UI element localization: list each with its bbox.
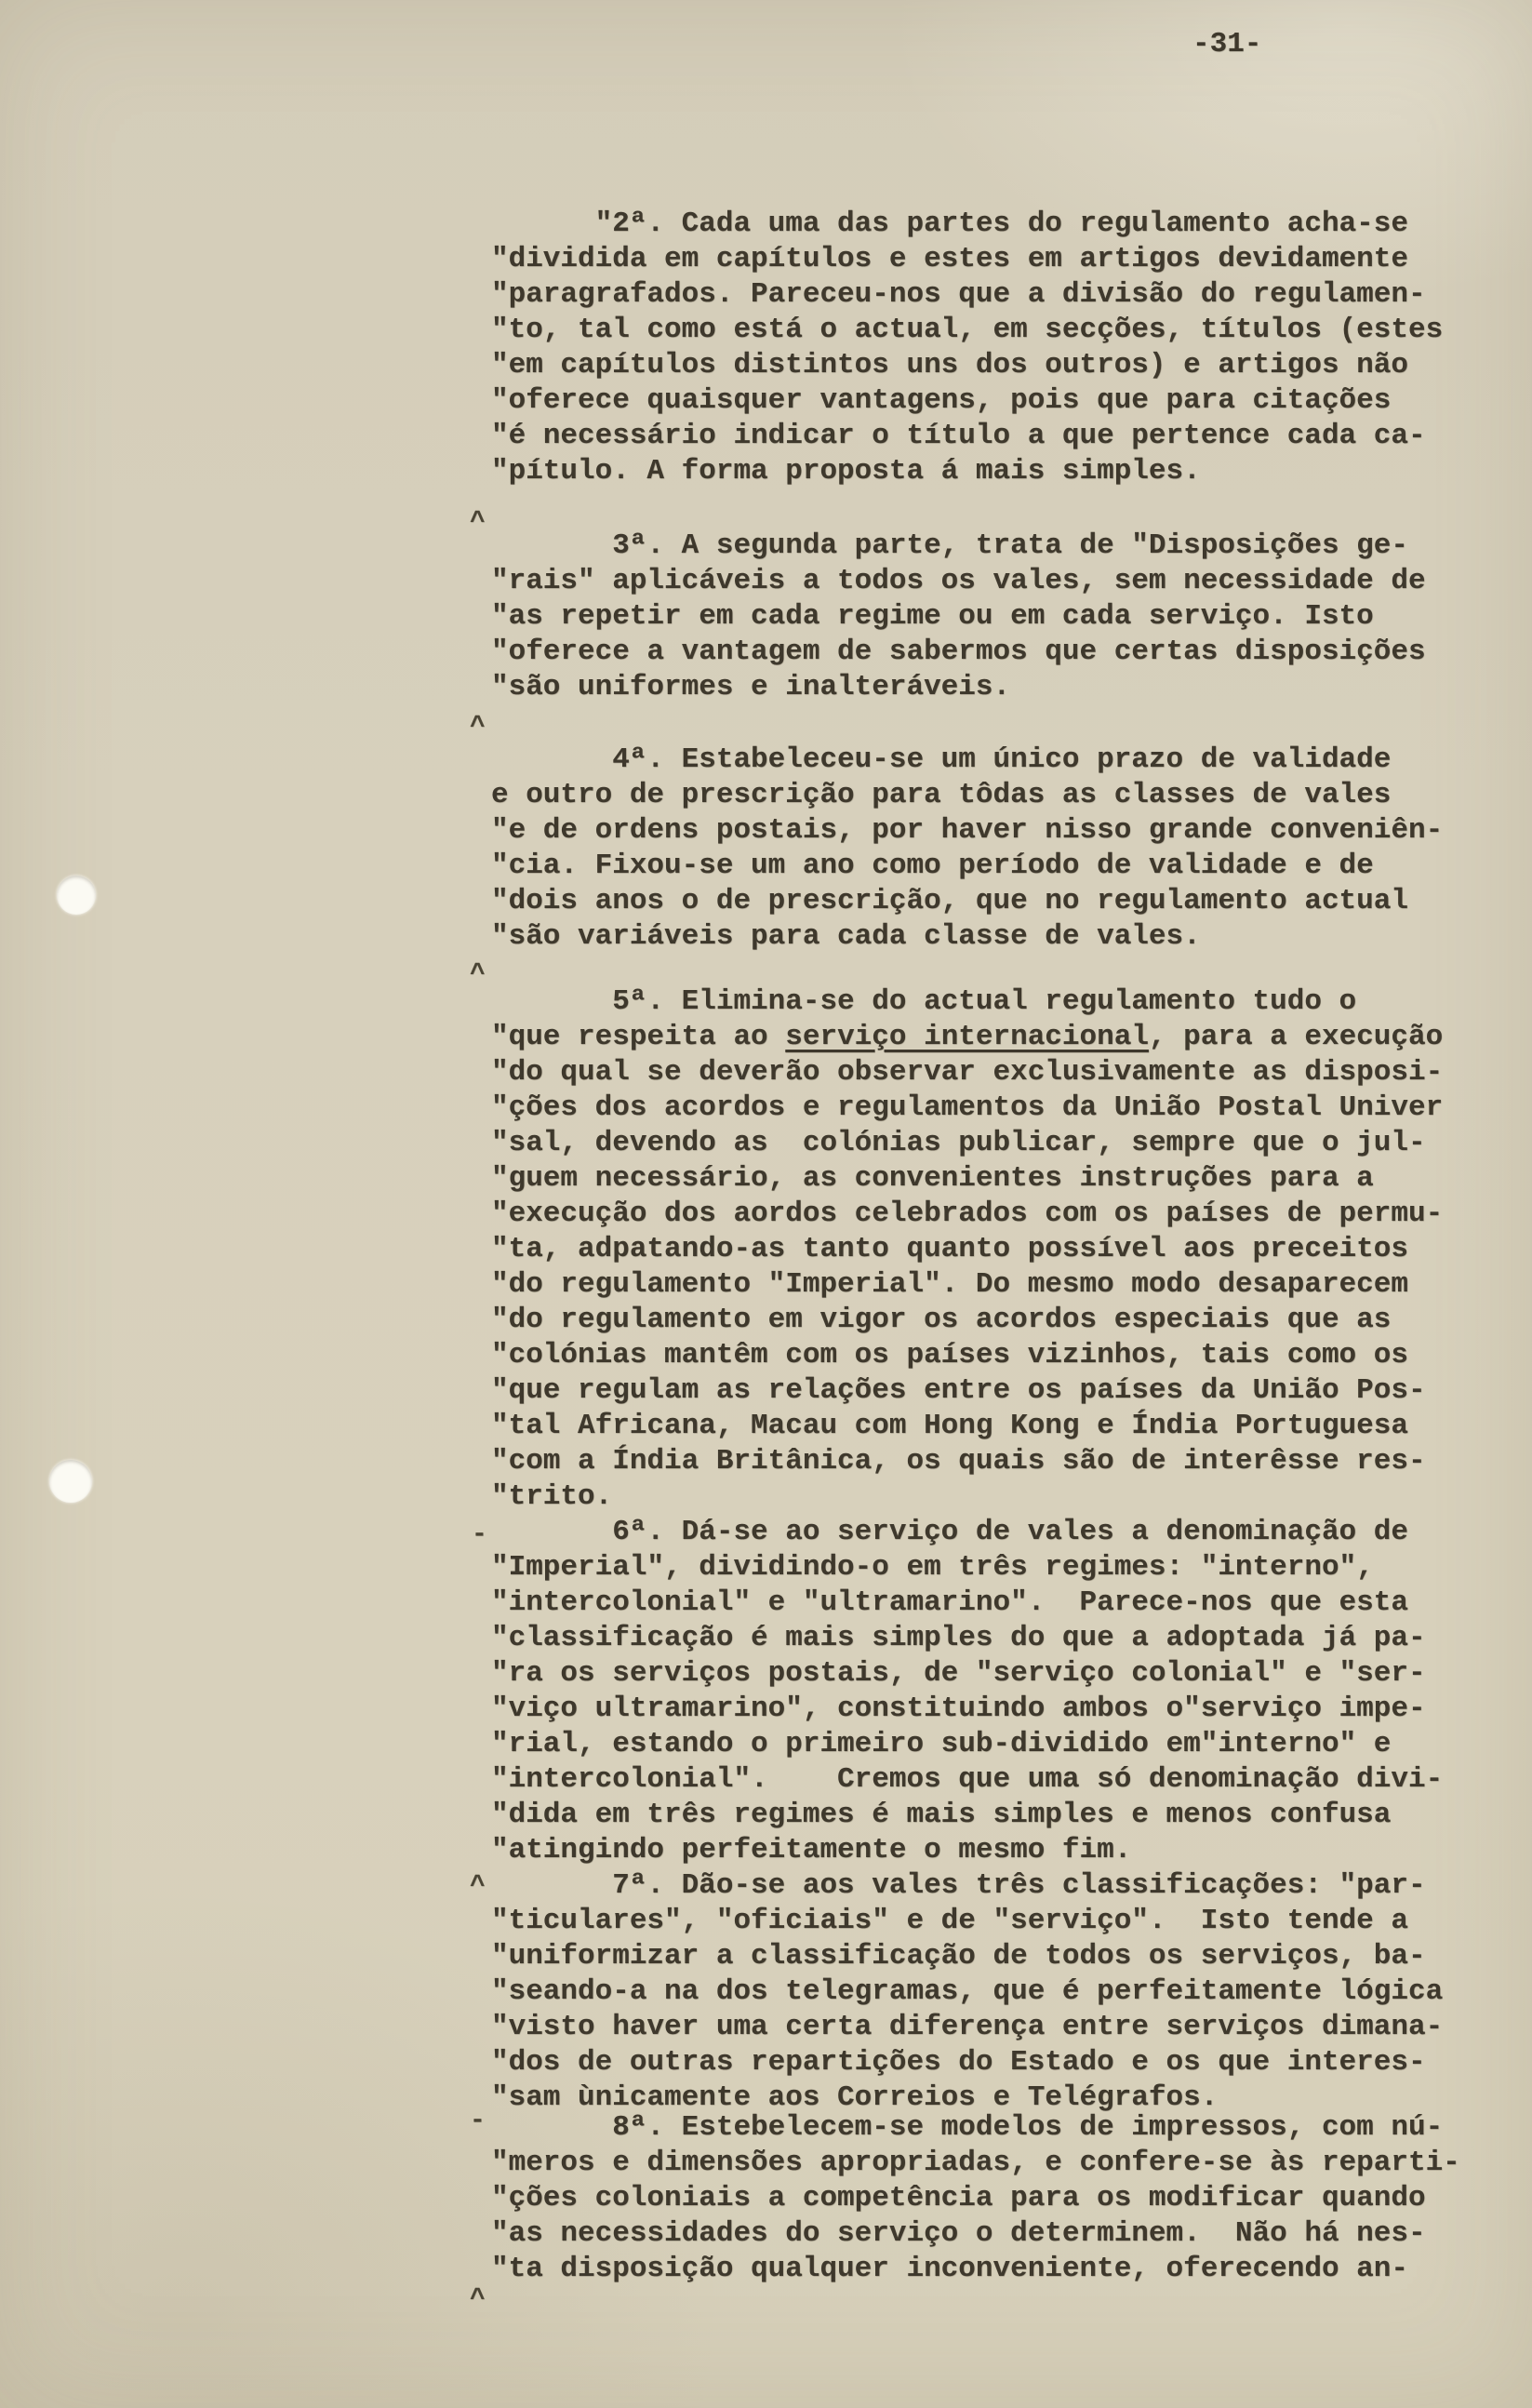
text-line: "dos de outras repartições do Estado e o… <box>491 2045 1443 2080</box>
margin-mark: ^ <box>470 960 486 989</box>
text-line: "classificação é mais simples do que a a… <box>491 1621 1443 1656</box>
text-line: "que respeita ao serviço internacional, … <box>491 1020 1443 1055</box>
text-line: "dida em três regimes é mais simples e m… <box>491 1798 1443 1833</box>
text-line: "rial, estando o primeiro sub-dividido e… <box>491 1727 1443 1762</box>
text-line: 4ª. Estabeleceu-se um único prazo de val… <box>491 742 1443 778</box>
text-line: "sal, devendo as colónias publicar, semp… <box>491 1126 1443 1161</box>
text-line: "ra os serviços postais, de "serviço col… <box>491 1656 1443 1692</box>
text-line: e outro de prescrição para tôdas as clas… <box>491 778 1443 813</box>
text-line: "tal Africana, Macau com Hong Kong e Índ… <box>491 1409 1443 1444</box>
document-page: -31- "2ª. Cada uma das partes do regulam… <box>0 0 1532 2408</box>
paragraph: 6ª. Dá-se ao serviço de vales a denomina… <box>491 1515 1443 1868</box>
text-line: "viço ultramarino", constituindo ambos o… <box>491 1692 1443 1727</box>
paragraph: 7ª. Dão-se aos vales três classificações… <box>491 1868 1443 2116</box>
text-line: "to, tal como está o actual, em secções,… <box>491 313 1443 348</box>
text-line: "cia. Fixou-se um ano como período de va… <box>491 849 1443 884</box>
text-line: "ções coloniais a competência para os mo… <box>491 2181 1460 2216</box>
text-line: "ta disposição qualquer inconveniente, o… <box>491 2252 1460 2287</box>
paragraph: "2ª. Cada uma das partes do regulamento … <box>491 207 1443 489</box>
margin-mark: - <box>472 1520 487 1549</box>
text-line: "guem necessário, as convenientes instru… <box>491 1161 1443 1197</box>
text-line: "atingindo perfeitamente o mesmo fim. <box>491 1833 1443 1868</box>
text-line: "rais" aplicáveis a todos os vales, sem … <box>491 564 1426 599</box>
text-line: "são uniformes e inalteráveis. <box>491 670 1426 705</box>
text-line: "uniformizar a classificação de todos os… <box>491 1939 1443 1974</box>
text-line: "intercolonial". Cremos que uma só denom… <box>491 1762 1443 1798</box>
typed-text-layer: "2ª. Cada uma das partes do regulamento … <box>0 0 1532 2408</box>
text-line: "oferece a vantagem de sabermos que cert… <box>491 635 1426 670</box>
text-line: "em capítulos distintos uns dos outros) … <box>491 348 1443 383</box>
text-line: "oferece quaisquer vantagens, pois que p… <box>491 383 1443 419</box>
text-line: 5ª. Elimina-se do actual regulamento tud… <box>491 984 1443 1020</box>
text-line: "do regulamento em vigor os acordos espe… <box>491 1303 1443 1338</box>
text-line: "as repetir em cada regime ou em cada se… <box>491 599 1426 635</box>
text-line: "pítulo. A forma proposta á mais simples… <box>491 454 1443 489</box>
paragraph: 8ª. Estebelecem-se modelos de impressos,… <box>491 2110 1460 2287</box>
text-line: "meros e dimensões apropriadas, e confer… <box>491 2146 1460 2181</box>
margin-mark: ^ <box>470 713 486 742</box>
text-line: "ticulares", "oficiais" e de "serviço". … <box>491 1904 1443 1939</box>
text-line: 7ª. Dão-se aos vales três classificações… <box>491 1868 1443 1904</box>
text-line: "Imperial", dividindo-o em três regimes:… <box>491 1550 1443 1585</box>
margin-mark: ^ <box>470 1872 486 1901</box>
text-line: "ta, adpatando-as tanto quanto possível … <box>491 1232 1443 1267</box>
margin-mark: - <box>470 2107 486 2135</box>
text-line: "é necessário indicar o título a que per… <box>491 419 1443 454</box>
text-line: "as necessidades do serviço o determinem… <box>491 2216 1460 2252</box>
paragraph: 3ª. A segunda parte, trata de "Disposiçõ… <box>491 528 1426 705</box>
text-line: "trito. <box>491 1479 1443 1515</box>
text-line: "paragrafados. Pareceu-nos que a divisão… <box>491 277 1443 313</box>
text-line: "do qual se deverão observar exclusivame… <box>491 1055 1443 1090</box>
punch-hole <box>49 1460 92 1503</box>
text-line: "que regulam as relações entre os países… <box>491 1373 1443 1409</box>
punch-hole <box>57 876 96 915</box>
text-line: "seando-a na dos telegramas, que é perfe… <box>491 1974 1443 2010</box>
text-line: "2ª. Cada uma das partes do regulamento … <box>491 207 1443 242</box>
text-line: "dividida em capítulos e estes em artigo… <box>491 242 1443 277</box>
text-line: "e de ordens postais, por haver nisso gr… <box>491 813 1443 849</box>
paragraph: 5ª. Elimina-se do actual regulamento tud… <box>491 984 1443 1515</box>
text-line: 8ª. Estebelecem-se modelos de impressos,… <box>491 2110 1460 2146</box>
text-line: "ções dos acordos e regulamentos da Uniã… <box>491 1090 1443 1126</box>
text-line: 6ª. Dá-se ao serviço de vales a denomina… <box>491 1515 1443 1550</box>
margin-mark: ^ <box>470 508 486 537</box>
text-line: "colónias mantêm com os países vizinhos,… <box>491 1338 1443 1373</box>
text-line: "intercolonial" e "ultramarino". Parece-… <box>491 1585 1443 1621</box>
paragraph: 4ª. Estabeleceu-se um único prazo de val… <box>491 742 1443 955</box>
text-line: "com a Índia Britânica, os quais são de … <box>491 1444 1443 1479</box>
text-line: "do regulamento "Imperial". Do mesmo mod… <box>491 1267 1443 1303</box>
text-line: "visto haver uma certa diferença entre s… <box>491 2010 1443 2045</box>
text-line: "dois anos o de prescrição, que no regul… <box>491 884 1443 919</box>
text-line: 3ª. A segunda parte, trata de "Disposiçõ… <box>491 528 1426 564</box>
text-line: "execução dos aordos celebrados com os p… <box>491 1197 1443 1232</box>
text-line: "são variáveis para cada classe de vales… <box>491 919 1443 955</box>
margin-mark: ^ <box>470 2285 486 2314</box>
